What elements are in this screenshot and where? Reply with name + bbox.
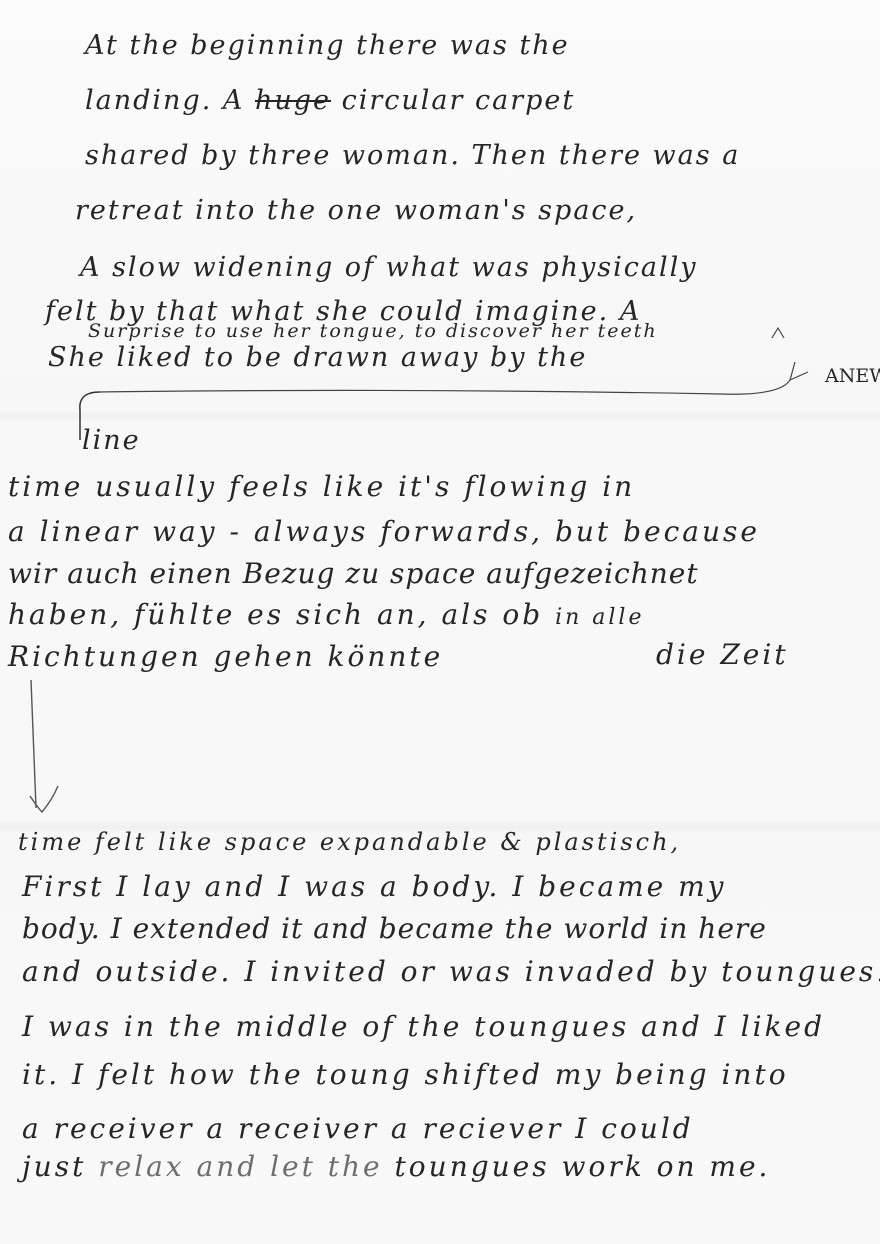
bracket-line bbox=[100, 362, 808, 394]
caret-mark bbox=[772, 328, 784, 338]
bracket-curve bbox=[80, 392, 100, 440]
arrow-head bbox=[30, 786, 58, 812]
pen-marks bbox=[0, 0, 880, 1244]
down-arrow-icon bbox=[31, 680, 36, 808]
